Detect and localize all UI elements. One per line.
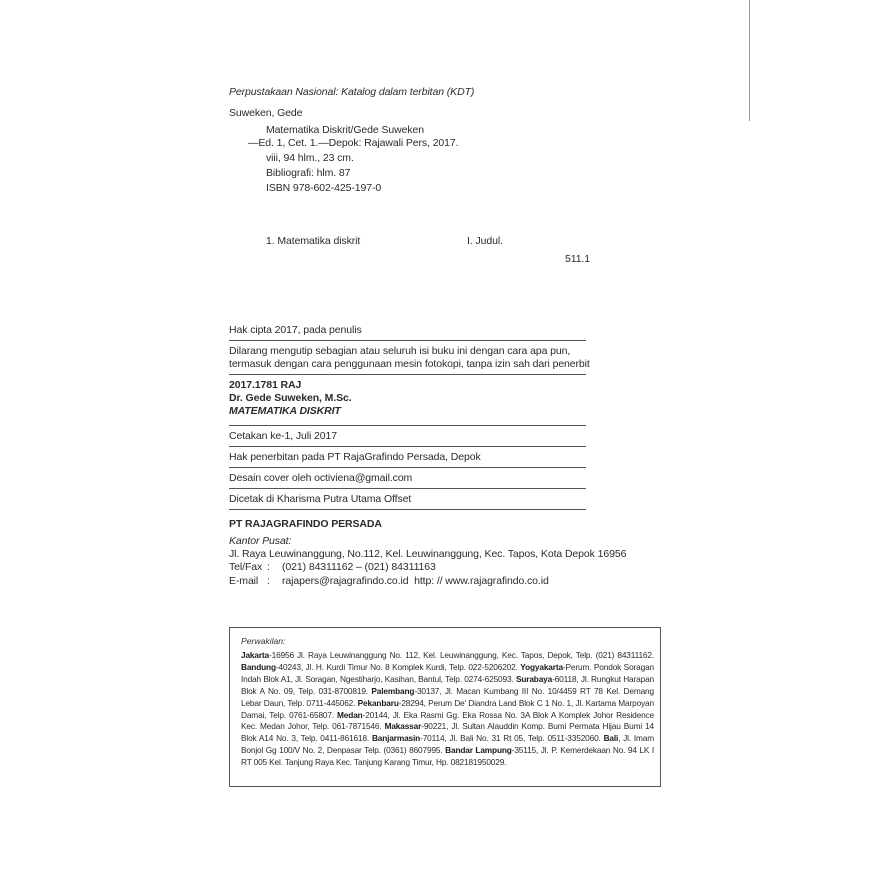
office-label: Kantor Pusat: (229, 535, 291, 548)
catalog-line: viii, 94 hlm., 23 cm. (266, 152, 354, 165)
copyright-warning-line1: Dilarang mengutip sebagian atau seluruh … (229, 345, 570, 358)
branch-city: Bali (604, 733, 619, 743)
divider (229, 509, 586, 510)
tel-value: (021) 84311162 – (021) 84311163 (282, 561, 436, 574)
catalog-line: ISBN 978-602-425-197-0 (266, 182, 381, 195)
book-title: MATEMATIKA DISKRIT (229, 405, 341, 418)
divider (229, 488, 586, 489)
branch-details: -70114, Jl. Bali No. 31 Rt 05, Telp. 051… (420, 733, 603, 743)
branches-heading: Perwakilan: (241, 636, 285, 646)
branch-city: Makassar (385, 721, 422, 731)
cover-design: Desain cover oleh octiviena@gmail.com (229, 472, 412, 485)
catalog-author: Suweken, Gede (229, 107, 302, 120)
book-author: Dr. Gede Suweken, M.Sc. (229, 392, 352, 405)
catalog-subject: 1. Matematika diskrit (266, 235, 360, 248)
branch-city: Palembang (371, 686, 414, 696)
branches-list: Jakarta-16956 Jl. Raya Leuwinanggung No.… (241, 650, 654, 769)
divider (229, 374, 586, 375)
catalog-line: —Ed. 1, Cet. 1.—Depok: Rajawali Pers, 20… (248, 137, 458, 150)
branch-city: Bandung (241, 662, 276, 672)
catalog-line: Bibliografi: hlm. 87 (266, 167, 350, 180)
publisher-address: Jl. Raya Leuwinanggung, No.112, Kel. Leu… (229, 548, 626, 561)
divider (229, 340, 586, 341)
divider (229, 467, 586, 468)
catalog-line: Matematika Diskrit/Gede Suweken (266, 124, 424, 137)
catalog-classification: 511.1 (565, 253, 590, 266)
copyright-holder: Hak cipta 2017, pada penulis (229, 324, 362, 337)
branch-city: Banjarmasin (372, 733, 420, 743)
divider (229, 446, 586, 447)
branch-details: -40243, Jl. H. Kurdi Timur No. 8 Komplek… (276, 662, 520, 672)
branch-city: Yogyakarta (520, 662, 563, 672)
branch-city: Jakarta (241, 650, 269, 660)
email-value: rajapers@rajagrafindo.co.id http: // www… (282, 575, 549, 588)
email-label: E-mail (229, 575, 258, 588)
branch-details: -16956 Jl. Raya Leuwinanggung No. 112, K… (269, 650, 654, 660)
branch-city: Surabaya (516, 674, 552, 684)
email-separator: : (267, 575, 270, 588)
tel-separator: : (267, 561, 270, 574)
catalog-heading: Perpustakaan Nasional: Katalog dalam ter… (229, 86, 474, 99)
printer: Dicetak di Kharisma Putra Utama Offset (229, 493, 411, 506)
publisher-name: PT RAJAGRAFINDO PERSADA (229, 518, 382, 531)
branch-city: Medan (337, 710, 363, 720)
page-edge-line (749, 0, 750, 121)
tel-label: Tel/Fax (229, 561, 262, 574)
branch-city: Pekanbaru (358, 698, 399, 708)
branches-box: Perwakilan: Jakarta-16956 Jl. Raya Leuwi… (229, 627, 661, 787)
copyright-warning-line2: termasuk dengan cara penggunaan mesin fo… (229, 358, 590, 371)
edition: Cetakan ke-1, Juli 2017 (229, 430, 337, 443)
book-code: 2017.1781 RAJ (229, 379, 301, 392)
publishing-rights: Hak penerbitan pada PT RajaGrafindo Pers… (229, 451, 481, 464)
catalog-title-entry: I. Judul. (467, 235, 503, 248)
divider (229, 425, 586, 426)
branch-city: Bandar Lampung (445, 745, 512, 755)
